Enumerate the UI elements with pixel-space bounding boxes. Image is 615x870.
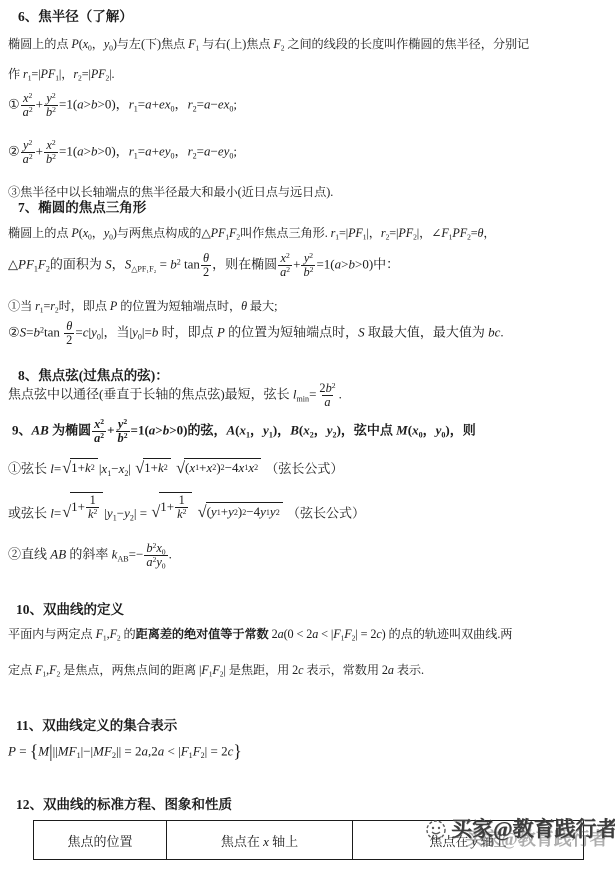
document-page: { "page": {"background": "#ffffff", "tex…: [0, 0, 615, 870]
formula-7-area: △PF1F2的面积为 S，S△PF₁F₂ = b2 tanθ2，则在椭圆x2a2…: [8, 252, 399, 279]
table-header-focus-position: 焦点的位置: [34, 821, 167, 860]
formula-6-2: ②y2a2+x2b2=1(a>b>0)，r1=a+ey0，r2=a−ey0;: [8, 139, 237, 166]
heading-10: 10、双曲线的定义: [16, 601, 124, 618]
para-6-line-1: 椭圆上的点 P(x0，y0)与左(下)焦点 F1 与右(上)焦点 F2 之间的线…: [8, 37, 529, 53]
heading-11: 11、双曲线定义的集合表示: [16, 717, 177, 734]
table-header-focus-x-axis: 焦点在 x 轴上: [167, 821, 353, 860]
heading-6: 6、焦半径（了解）: [18, 8, 133, 25]
para-10-line-1: 平面内与两定点 F1,F2 的距离差的绝对值等于常数 2a(0 < 2a < |…: [8, 627, 512, 643]
formula-6-1: ①x2a2+y2b2=1(a>b>0)，r1=a+ex0，r2=a−ex0;: [8, 92, 237, 119]
hyperbola-property-table: 焦点的位置 焦点在 x 轴上 焦点在 y 轴上: [33, 820, 584, 860]
heading-7: 7、椭圆的焦点三角形: [18, 199, 146, 216]
formula-7-note-2: ②S=b2tan θ2=c|y0|，当|y0|=b 时，即点 P 的位置为短轴端…: [8, 320, 504, 347]
heading-9-line: 9、AB 为椭圆x2a2+y2b2=1(a>b>0)的弦，A(x1，y1)，B(…: [12, 418, 476, 445]
formula-8-chord: 焦点弦中以通径(垂直于长轴的焦点弦)最短，弦长 lmin=2b2a.: [8, 382, 342, 409]
para-10-line-2: 定点 F1,F2 是焦点，两焦点间的距离 |F1F2| 是焦距，用 2c 表示，…: [8, 663, 424, 679]
formula-9-slope: ②直线 AB 的斜率 kAB=−b2x0a2y0.: [8, 542, 172, 569]
formula-9-chord-length-y: 或弦长 l=√1+1k2|y1−y2| = √1+1k2 √(y1+y2)2−4…: [8, 492, 365, 522]
table-header-focus-y-axis: 焦点在 y 轴上: [353, 821, 584, 860]
para-6-line-2: 作 r1=|PF1|，r2=|PF2|.: [8, 67, 115, 83]
para-7-line-1: 椭圆上的点 P(x0，y0)与两焦点构成的△PF1F2叫作焦点三角形. r1=|…: [8, 226, 496, 242]
formula-11-set: P = {M|||MF1|−|MF2|| = 2a,2a < |F1F2| = …: [8, 740, 242, 762]
formula-9-chord-length-x: ①弦长 l=√1+k2|x1−x2| √1+k2 √(x1+x2)2−4x1x2…: [8, 458, 343, 478]
heading-12: 12、双曲线的标准方程、图象和性质: [16, 796, 232, 813]
table-header-row: 焦点的位置 焦点在 x 轴上 焦点在 y 轴上: [34, 821, 584, 860]
para-7-note-1: ①当 r1=r2时，即点 P 的位置为短轴端点时，θ 最大;: [8, 299, 277, 315]
